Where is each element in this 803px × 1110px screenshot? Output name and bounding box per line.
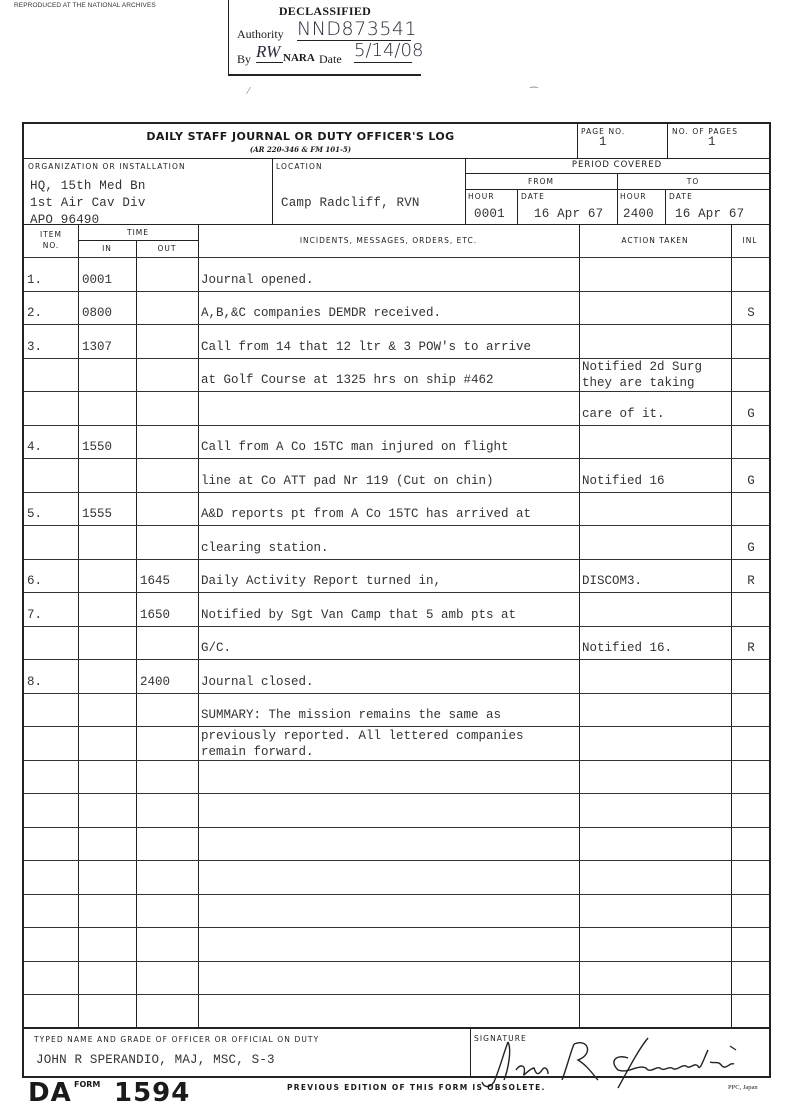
incident-cell (201, 962, 579, 995)
inl-cell (731, 593, 771, 626)
incident-cell-text-line2: remain forward. (201, 745, 314, 759)
period-covered-label: PERIOD COVERED (465, 160, 769, 170)
col-item-label-2: NO. (24, 241, 78, 250)
time-in-cell-text: 1550 (82, 440, 112, 454)
incident-cell: Daily Activity Report turned in, (201, 560, 579, 593)
action-cell (582, 660, 732, 693)
from-date-label: DATE (521, 192, 545, 201)
time-out-cell (140, 928, 198, 961)
col-time-label: TIME (78, 228, 198, 237)
time-out-cell (140, 325, 198, 358)
item-no-cell-text: 8. (27, 675, 42, 689)
item-no-cell-text: 7. (27, 608, 42, 622)
item-no-cell (27, 694, 77, 727)
time-in-cell (82, 928, 137, 961)
time-in-cell (82, 593, 137, 626)
item-no-cell: 7. (27, 593, 77, 626)
time-in-cell (82, 392, 137, 425)
incident-cell (201, 995, 579, 1028)
table-row: previously reported. All lettered compan… (24, 726, 769, 760)
table-row: G/C.Notified 16.R (24, 626, 769, 660)
table-row: SUMMARY: The mission remains the same as (24, 693, 769, 727)
time-out-cell (140, 392, 198, 425)
item-no-cell (27, 928, 77, 961)
stray-mark: ⁄ (248, 86, 250, 97)
action-cell (582, 325, 732, 358)
inl-cell (731, 258, 771, 291)
inl-cell (731, 761, 771, 794)
inl-cell (731, 895, 771, 928)
inl-cell (731, 426, 771, 459)
table-row: line at Co ATT pad Nr 119 (Cut on chin)N… (24, 458, 769, 492)
col-time-in-label: IN (78, 244, 136, 253)
authority-value: NND873541 (297, 18, 411, 41)
inl-cell (731, 794, 771, 827)
col-incidents-label: INCIDENTS, MESSAGES, ORDERS, ETC. (198, 236, 579, 245)
time-out-cell: 2400 (140, 660, 198, 693)
incident-cell: Notified by Sgt Van Camp that 5 amb pts … (201, 593, 579, 626)
inl-cell-text: S (731, 306, 771, 320)
table-row: 1.0001Journal opened. (24, 257, 769, 291)
table-row: at Golf Course at 1325 hrs on ship #462N… (24, 358, 769, 392)
incident-cell-text: Journal closed. (201, 675, 314, 689)
incident-cell-text: SUMMARY: The mission remains the same as (201, 708, 501, 722)
inl-cell: S (731, 292, 771, 325)
table-row (24, 827, 769, 861)
incident-cell (201, 794, 579, 827)
location-value: Camp Radcliff, RVN (281, 196, 420, 210)
time-out-cell (140, 794, 198, 827)
inl-cell (731, 828, 771, 861)
item-no-cell (27, 995, 77, 1028)
item-no-cell: 1. (27, 258, 77, 291)
incident-cell: Call from A Co 15TC man injured on fligh… (201, 426, 579, 459)
time-in-cell (82, 459, 137, 492)
action-cell (582, 828, 732, 861)
inl-cell (731, 928, 771, 961)
incident-cell-text: Journal opened. (201, 273, 314, 287)
incident-cell: previously reported. All lettered compan… (201, 727, 579, 760)
table-row: 7.1650Notified by Sgt Van Camp that 5 am… (24, 592, 769, 626)
incident-cell: G/C. (201, 627, 579, 660)
divider (470, 1027, 471, 1077)
time-out-cell (140, 258, 198, 291)
stray-mark: ⁀ (530, 88, 538, 99)
incident-cell: clearing station. (201, 526, 579, 559)
table-row: 3.1307Call from 14 that 12 ltr & 3 POW's… (24, 324, 769, 358)
declass-title: DECLASSIFIED (229, 4, 421, 19)
table-row (24, 994, 769, 1028)
table-row (24, 927, 769, 961)
officer-name: JOHN R SPERANDIO, MAJ, MSC, S-3 (36, 1053, 275, 1067)
action-cell: Notified 2d Surgthey are taking (582, 359, 732, 392)
item-no-cell (27, 861, 77, 894)
duty-officer-log-form: DAILY STAFF JOURNAL OR DUTY OFFICER'S LO… (22, 122, 771, 1078)
time-in-cell-text: 0001 (82, 273, 112, 287)
from-hour-value: 0001 (474, 207, 505, 221)
table-row: 6.1645Daily Activity Report turned in,DI… (24, 559, 769, 593)
time-in-cell (82, 560, 137, 593)
incident-cell (201, 392, 579, 425)
time-out-cell-text: 2400 (140, 675, 170, 689)
to-date-value: 16 Apr 67 (675, 207, 744, 221)
form-id-prefix: DA (28, 1078, 72, 1110)
item-no-cell: 2. (27, 292, 77, 325)
table-row: care of it.G (24, 391, 769, 425)
time-out-cell (140, 426, 198, 459)
action-cell-text: DISCOM3. (582, 574, 642, 588)
time-in-cell (82, 962, 137, 995)
time-in-cell-text: 0800 (82, 306, 112, 320)
table-row (24, 760, 769, 794)
item-no-cell (27, 459, 77, 492)
table-row: 8.2400Journal closed. (24, 659, 769, 693)
inl-cell-text: R (731, 574, 771, 588)
action-cell-text: Notified 2d Surg (582, 360, 702, 374)
page-no-value: 1 (599, 135, 607, 149)
incident-cell: Journal opened. (201, 258, 579, 291)
to-hour-label: HOUR (620, 192, 647, 201)
table-row: clearing station.G (24, 525, 769, 559)
incident-cell (201, 761, 579, 794)
archive-note: REPRODUCED AT THE NATIONAL ARCHIVES (14, 2, 156, 9)
item-no-cell (27, 895, 77, 928)
time-out-cell (140, 727, 198, 760)
time-out-cell (140, 493, 198, 526)
inl-cell-text: G (731, 407, 771, 421)
action-cell (582, 761, 732, 794)
incident-cell: Journal closed. (201, 660, 579, 693)
action-cell: care of it. (582, 392, 732, 425)
inl-cell (731, 694, 771, 727)
divider (665, 189, 666, 224)
incident-cell-text: Daily Activity Report turned in, (201, 574, 441, 588)
table-row (24, 860, 769, 894)
table-row (24, 793, 769, 827)
action-cell (582, 995, 732, 1028)
item-no-cell (27, 962, 77, 995)
inl-cell-text: G (731, 474, 771, 488)
incident-cell-text: previously reported. All lettered compan… (201, 729, 524, 743)
form-subtitle: (AR 220-346 & FM 101-5) (24, 145, 577, 154)
incident-cell: line at Co ATT pad Nr 119 (Cut on chin) (201, 459, 579, 492)
inl-cell: R (731, 560, 771, 593)
item-no-cell (27, 727, 77, 760)
time-out-cell (140, 828, 198, 861)
time-out-cell: 1645 (140, 560, 198, 593)
incident-cell: A&D reports pt from A Co 15TC has arrive… (201, 493, 579, 526)
declass-date: 5/14/08 (354, 40, 412, 63)
inl-cell (731, 493, 771, 526)
action-cell-text: Notified 16. (582, 641, 672, 655)
action-cell: DISCOM3. (582, 560, 732, 593)
inl-cell (731, 359, 771, 392)
obsolete-note: PREVIOUS EDITION OF THIS FORM IS OBSOLET… (287, 1083, 546, 1092)
inl-cell: G (731, 392, 771, 425)
inl-cell-text: G (731, 541, 771, 555)
date-label: Date (319, 52, 342, 67)
agency-label: NARA (283, 52, 315, 64)
incident-cell (201, 828, 579, 861)
from-hour-label: HOUR (468, 192, 495, 201)
divider (617, 173, 618, 224)
time-out-cell (140, 292, 198, 325)
action-cell-text-line2: they are taking (582, 376, 695, 390)
inl-cell: R (731, 627, 771, 660)
inl-cell (731, 660, 771, 693)
time-in-cell (82, 861, 137, 894)
divider (78, 240, 198, 241)
action-cell (582, 928, 732, 961)
item-no-cell: 3. (27, 325, 77, 358)
time-out-cell (140, 526, 198, 559)
time-in-cell (82, 895, 137, 928)
inl-cell (731, 861, 771, 894)
item-no-cell-text: 1. (27, 273, 42, 287)
incident-cell-text: G/C. (201, 641, 231, 655)
officer-label: TYPED NAME AND GRADE OF OFFICER OR OFFIC… (34, 1035, 319, 1044)
col-item-label-1: ITEM (24, 230, 78, 239)
time-out-cell-text: 1650 (140, 608, 170, 622)
organization-label: ORGANIZATION OR INSTALLATION (28, 162, 186, 171)
incident-cell-text: Call from A Co 15TC man injured on fligh… (201, 440, 509, 454)
time-in-cell-text: 1307 (82, 340, 112, 354)
time-out-cell (140, 459, 198, 492)
inl-cell-text: R (731, 641, 771, 655)
incident-cell: at Golf Course at 1325 hrs on ship #462 (201, 359, 579, 392)
action-cell (582, 493, 732, 526)
divider (24, 158, 769, 159)
organization-line-1: HQ, 15th Med Bn (30, 179, 146, 193)
item-no-cell: 5. (27, 493, 77, 526)
time-in-cell (82, 794, 137, 827)
action-cell (582, 895, 732, 928)
item-no-cell (27, 627, 77, 660)
incident-cell-text: clearing station. (201, 541, 329, 555)
time-in-cell: 1550 (82, 426, 137, 459)
form-id-number: 1594 (114, 1078, 190, 1110)
no-of-pages-label: NO. OF PAGES (672, 127, 738, 136)
form-id-word: FORM (74, 1080, 100, 1089)
action-cell (582, 727, 732, 760)
time-in-cell (82, 828, 137, 861)
action-cell (582, 962, 732, 995)
time-in-cell-text: 1555 (82, 507, 112, 521)
time-out-cell (140, 861, 198, 894)
incident-cell (201, 928, 579, 961)
item-no-cell (27, 526, 77, 559)
action-cell (582, 794, 732, 827)
action-cell (582, 258, 732, 291)
time-out-cell (140, 895, 198, 928)
action-cell (582, 426, 732, 459)
incident-cell-text: at Golf Course at 1325 hrs on ship #462 (201, 373, 494, 387)
inl-cell: G (731, 459, 771, 492)
item-no-cell: 8. (27, 660, 77, 693)
time-in-cell (82, 660, 137, 693)
time-out-cell (140, 694, 198, 727)
item-no-cell-text: 4. (27, 440, 42, 454)
time-out-cell-text: 1645 (140, 574, 170, 588)
action-cell (582, 292, 732, 325)
divider (24, 224, 769, 225)
from-date-value: 16 Apr 67 (534, 207, 603, 221)
table-row (24, 894, 769, 928)
authority-label: Authority (237, 27, 284, 42)
time-in-cell (82, 995, 137, 1028)
time-in-cell: 1555 (82, 493, 137, 526)
declassification-stamp: DECLASSIFIED Authority NND873541 By RW N… (228, 0, 421, 76)
item-no-cell (27, 761, 77, 794)
incident-cell (201, 861, 579, 894)
by-label: By (237, 52, 251, 67)
inl-cell: G (731, 526, 771, 559)
item-no-cell-text: 3. (27, 340, 42, 354)
item-no-cell: 4. (27, 426, 77, 459)
item-no-cell-text: 2. (27, 306, 42, 320)
inl-cell (731, 325, 771, 358)
item-no-cell: 6. (27, 560, 77, 593)
incident-cell-text: Notified by Sgt Van Camp that 5 amb pts … (201, 608, 516, 622)
table-row: 4.1550Call from A Co 15TC man injured on… (24, 425, 769, 459)
inl-cell (731, 995, 771, 1028)
time-in-cell: 0001 (82, 258, 137, 291)
divider (667, 124, 668, 158)
time-in-cell (82, 761, 137, 794)
time-in-cell: 1307 (82, 325, 137, 358)
divider (517, 189, 518, 224)
to-hour-value: 2400 (623, 207, 654, 221)
action-cell (582, 526, 732, 559)
no-of-pages-value: 1 (708, 135, 716, 149)
item-no-cell-text: 5. (27, 507, 42, 521)
organization-line-2: 1st Air Cav Div (30, 196, 146, 210)
inl-cell (731, 727, 771, 760)
signature-handwriting (478, 1030, 768, 1090)
time-out-cell (140, 962, 198, 995)
time-out-cell (140, 995, 198, 1028)
item-no-cell (27, 794, 77, 827)
action-cell: Notified 16 (582, 459, 732, 492)
divider (272, 158, 273, 224)
incident-cell (201, 895, 579, 928)
action-cell (582, 593, 732, 626)
to-date-label: DATE (669, 192, 693, 201)
action-cell (582, 861, 732, 894)
action-cell: Notified 16. (582, 627, 732, 660)
incident-cell-text: A&D reports pt from A Co 15TC has arrive… (201, 507, 531, 521)
col-time-out-label: OUT (136, 244, 198, 253)
time-out-cell (140, 761, 198, 794)
divider (465, 189, 769, 190)
time-in-cell: 0800 (82, 292, 137, 325)
action-cell-text: Notified 16 (582, 474, 665, 488)
divider (24, 1027, 769, 1029)
by-initials: RW (256, 42, 283, 63)
from-label: FROM (465, 177, 617, 186)
action-cell-text: care of it. (582, 407, 665, 421)
time-in-cell (82, 359, 137, 392)
table-row (24, 961, 769, 995)
incident-cell: A,B,&C companies DEMDR received. (201, 292, 579, 325)
col-action-label: ACTION TAKEN (579, 236, 731, 245)
printer-note: PPC, Japan (728, 1084, 758, 1091)
action-cell (582, 694, 732, 727)
time-out-cell: 1650 (140, 593, 198, 626)
time-in-cell (82, 627, 137, 660)
time-out-cell (140, 627, 198, 660)
time-in-cell (82, 694, 137, 727)
location-label: LOCATION (276, 162, 323, 171)
time-in-cell (82, 526, 137, 559)
divider (577, 124, 578, 158)
to-label: TO (617, 177, 769, 186)
inl-cell (731, 962, 771, 995)
col-inl-label: INL (731, 236, 769, 245)
incident-cell: SUMMARY: The mission remains the same as (201, 694, 579, 727)
time-out-cell (140, 359, 198, 392)
table-row: 5.1555A&D reports pt from A Co 15TC has … (24, 492, 769, 526)
incident-cell: Call from 14 that 12 ltr & 3 POW's to ar… (201, 325, 579, 358)
time-in-cell (82, 727, 137, 760)
incident-cell-text: line at Co ATT pad Nr 119 (Cut on chin) (201, 474, 494, 488)
item-no-cell (27, 828, 77, 861)
incident-cell-text: A,B,&C companies DEMDR received. (201, 306, 441, 320)
item-no-cell-text: 6. (27, 574, 42, 588)
item-no-cell (27, 392, 77, 425)
incident-cell-text: Call from 14 that 12 ltr & 3 POW's to ar… (201, 340, 531, 354)
item-no-cell (27, 359, 77, 392)
table-row: 2.0800A,B,&C companies DEMDR received.S (24, 291, 769, 325)
form-title: DAILY STAFF JOURNAL OR DUTY OFFICER'S LO… (24, 130, 577, 143)
